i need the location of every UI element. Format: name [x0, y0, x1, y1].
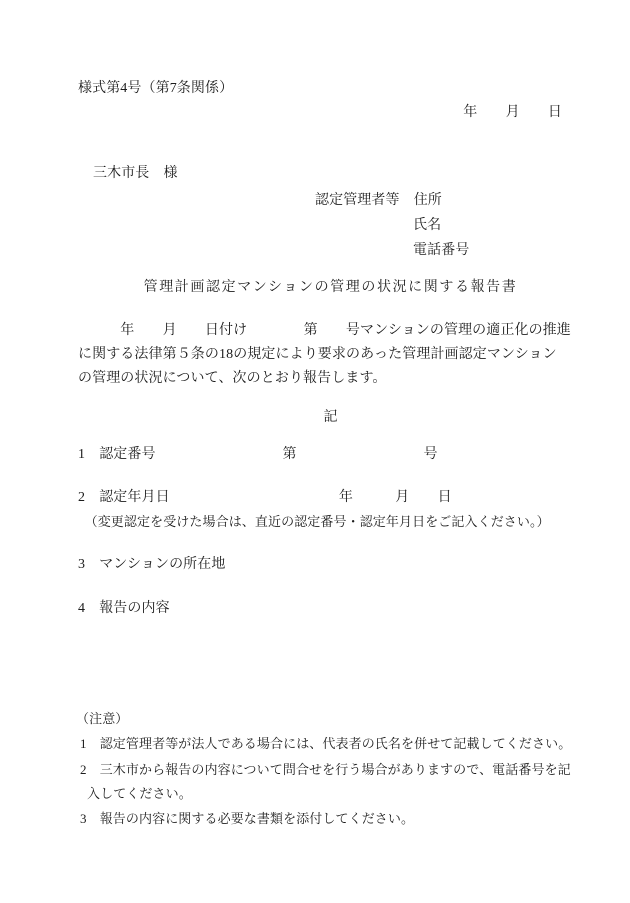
notes-heading: （注意）: [76, 710, 128, 728]
note-2-line-2: 入してください。: [80, 785, 192, 803]
body-paragraph-line-3: の管理の状況について、次のとおり報告します。: [78, 370, 387, 388]
body-paragraph-line-1: 年 月 日付け 第 号マンションの管理の適正化の推進: [78, 322, 571, 340]
sender-role-address-label: 認定管理者等 住所: [315, 192, 442, 210]
ki-heading: 記: [78, 409, 583, 427]
document-title: 管理計画認定マンションの管理の状況に関する報告書: [78, 279, 583, 297]
addressee: 三木市長 様: [93, 165, 178, 183]
item-4-report-content: 4 報告の内容: [78, 600, 170, 618]
form-number: 様式第4号（第7条関係）: [78, 80, 233, 98]
sender-name-label: 氏名: [413, 217, 441, 235]
note-2-line-1: 2 三木市から報告の内容について問合せを行う場合がありますので、電話番号を記: [80, 761, 571, 779]
item-3-mansion-location: 3 マンションの所在地: [78, 556, 225, 574]
issue-date-line: 年 月 日: [463, 104, 562, 122]
note-1: 1 認定管理者等が法人である場合には、代表者の氏名を併せて記載してください。: [80, 735, 571, 753]
sender-phone-label: 電話番号: [413, 242, 469, 260]
note-3: 3 報告の内容に関する必要な書類を添付してください。: [80, 810, 414, 828]
item-2-certification-date: 2 認定年月日 年 月 日: [78, 489, 452, 507]
document-page: 様式第4号（第7条関係） 年 月 日 三木市長 様 認定管理者等 住所 氏名 電…: [0, 0, 630, 903]
item-1-certification-number: 1 認定番号 第 号: [78, 446, 438, 464]
body-paragraph-line-2: に関する法律第５条の18の規定により要求のあった管理計画認定マンション: [78, 346, 557, 364]
item-2-certification-date-note: （変更認定を受けた場合は、直近の認定番号・認定年月日をご記入ください。）: [78, 513, 550, 531]
